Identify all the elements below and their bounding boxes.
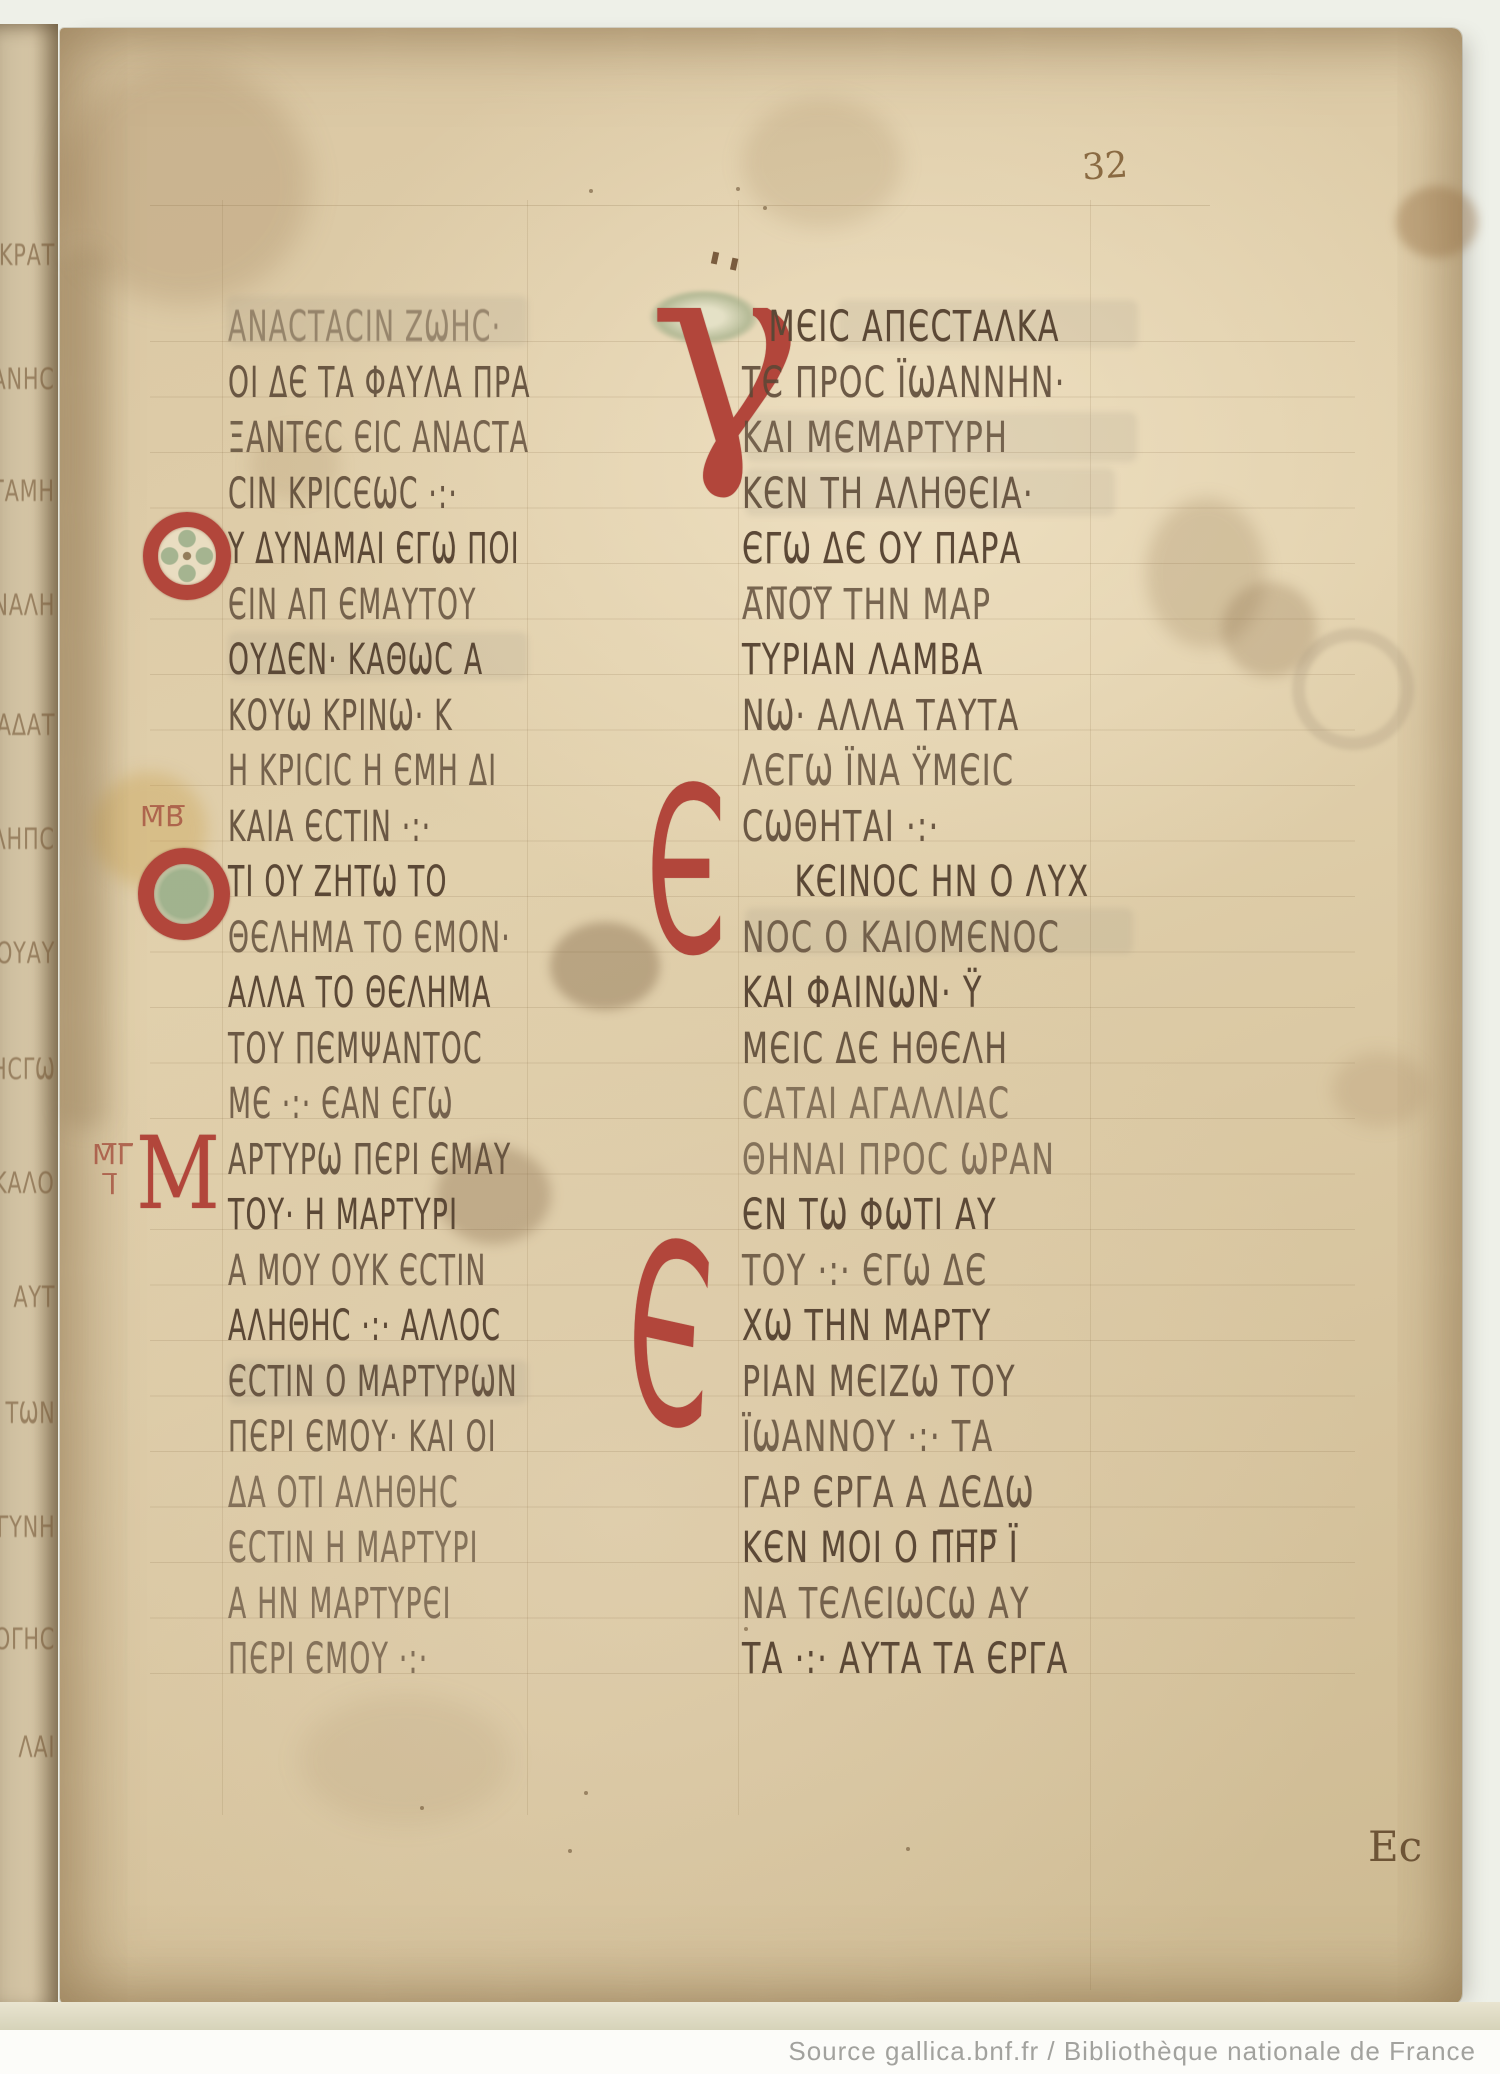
- text-line: ЄΙΝ ΑΠ ЄΜΑΥΤΟΥ: [228, 580, 417, 636]
- initial-omicron-rosette: [143, 512, 231, 600]
- text-line: ϹѠΘΗΤΑΙ ·:·: [742, 802, 1022, 858]
- text-line: ΝѠ· ΑΛΛΑ ΤΑΥΤΑ: [742, 691, 1022, 747]
- text-line: ΚЄΝ ΜΟΙ Ο Π̅Η̅Ρ̅ Ϊ: [742, 1523, 1022, 1579]
- text-line: ΝΟϹ Ο ΚΑΙΟΜЄΝΟϹ: [742, 913, 1022, 969]
- initial-epsilon: Є: [646, 759, 726, 989]
- text-line: ΤΑ ·:· ΑΥΤΑ ΤΑ ЄΡΓΑ: [742, 1634, 1022, 1690]
- gutter-text-fragment: ΚΡΑΤ: [0, 238, 55, 272]
- backing-board-strip: [0, 2002, 1500, 2030]
- gutter-text-fragment: ΝΑΛΗ: [0, 588, 55, 622]
- text-line: ΑΛΛΑ ΤΟ ΘЄΛΗΜΑ: [228, 968, 417, 1024]
- text-line: ΑΡΤΥΡѠ ΠЄΡΙ ЄΜΑΥ: [228, 1135, 417, 1191]
- text-line: ΚЄΝ ΤΗ ΑΛΗΘЄΙΑ·: [742, 469, 1022, 525]
- parchment-stain: [300, 1695, 510, 1825]
- text-line: ΞΑΝΤЄϹ ЄΙϹ ΑΝΑϹΤΑ: [228, 413, 417, 469]
- facing-page-edge: ΚΡΑΤ ΑΝΗϹ ΓΑΜΗ ΝΑΛΗ ΑΔΑΤ ΛΗΠϹ ΟΥΑΥ ΗϹΓѠ …: [0, 24, 58, 2006]
- pricking-dot: [589, 189, 593, 193]
- left-text-column: ΑΝΑϹΤΑϹΙΝ ΖѠΗϹ· ΟΙ ΔЄ ΤΑ ΦΑΥΛΑ ΠΡΑ ΞΑΝΤЄ…: [228, 302, 533, 1690]
- text-line: ΜЄΙϹ ΔЄ ΗΘЄΛΗ: [742, 1024, 1022, 1080]
- bleed-through-initial: [1292, 628, 1414, 750]
- gutter-text-fragment: ΓΥΝΗ: [0, 1510, 55, 1544]
- text-line: ΝΑ ΤЄΛЄΙѠϹѠ ΑΥ: [742, 1579, 1022, 1635]
- marginal-section-number: Μ̅Β̅: [140, 800, 185, 833]
- initial-epsilon: Є: [621, 1203, 717, 1470]
- text-line: ΑΛΗΘΗϹ ·:· ΑΛΛΟϹ: [228, 1301, 417, 1357]
- text-line: ΑΝΑϹΤΑϹΙΝ ΖѠΗϹ·: [228, 302, 417, 358]
- scanned-manuscript-view: ΚΡΑΤ ΑΝΗϹ ΓΑΜΗ ΝΑΛΗ ΑΔΑΤ ΛΗΠϹ ΟΥΑΥ ΗϹΓѠ …: [0, 0, 1500, 2074]
- text-line: ΓΑΡ ЄΡΓΑ Α ΔЄΔѠ: [742, 1468, 1022, 1524]
- gutter-text-fragment: ΤѠΝ: [5, 1396, 55, 1430]
- text-line: ΤΟΥ ·:· ЄΓѠ ΔЄ: [742, 1246, 1022, 1302]
- marginal-note-top: Μ̅Γ̅: [92, 1138, 134, 1171]
- parchment-stain: [1396, 186, 1478, 258]
- vertical-ruling: [222, 200, 223, 1815]
- text-line: ΤΙ ΟΥ ΖΗΤѠ ΤΟ: [228, 857, 417, 913]
- attribution-bar: Source gallica.bnf.fr / Bibliothèque nat…: [0, 2030, 1500, 2074]
- gutter-text-fragment: ΚΑΛΟ: [0, 1166, 55, 1200]
- text-line: ϹΙΝ ΚΡΙϹЄѠϹ ·:·: [228, 469, 417, 525]
- text-line: ΚΑΙ ΜЄΜΑΡΤΥΡΗ: [742, 413, 1022, 469]
- text-line: ΛЄΓѠ ΪΝΑ ΫΜЄΙϹ: [742, 746, 1022, 802]
- text-line: ϹΑΤΑΙ ΑΓΑΛΛΙΑϹ: [742, 1079, 1022, 1135]
- text-line: ΤЄ ΠΡΟϹ ΪѠΑΝΝΗΝ·: [742, 358, 1022, 414]
- text-line: Α̅Ν̅Ο̅Υ̅ ΤΗΝ ΜΑΡ: [742, 580, 1022, 636]
- pricking-dot: [420, 1806, 424, 1810]
- text-line: ΤΟΥ ΠЄΜΨΑΝΤΟϹ: [228, 1024, 417, 1080]
- gutter-text-fragment: ΑΝΗϹ: [0, 362, 55, 396]
- text-line: ΤΥΡΙΑΝ ΛΑΜΒΑ: [742, 635, 1022, 691]
- pricking-dot: [584, 1791, 588, 1795]
- text-line: ΚΑΙ ΦΑΙΝѠΝ· Ϋ: [742, 968, 1022, 1024]
- gutter-shadow-stain: [62, 248, 108, 1128]
- text-line: ΧѠ ΤΗΝ ΜΑΡΤΥ: [742, 1301, 1022, 1357]
- gutter-text-fragment: ΛΑΙ: [18, 1730, 55, 1764]
- text-line: ΡΙΑΝ ΜЄΙΖѠ ΤΟΥ: [742, 1357, 1022, 1413]
- text-line: ΔΑ ΟΤΙ ΑΛΗΘΗϹ: [228, 1468, 417, 1524]
- text-line: ЄϹΤΙΝ Ο ΜΑΡΤΥΡѠΝ: [228, 1357, 417, 1413]
- text-line: ΜЄΙϹ ΑΠЄϹΤΑΛΚΑ: [742, 302, 1022, 358]
- ink-blot: [550, 922, 660, 1010]
- gutter-text-fragment: ΟΥΑΥ: [0, 936, 55, 970]
- gutter-text-fragment: ΓΑΜΗ: [0, 474, 55, 508]
- text-line: ΚΟΥѠ ΚΡΙΝѠ· Κ: [228, 691, 417, 747]
- pricking-dot: [906, 1847, 910, 1851]
- text-line: ΚΑΙΑ ЄϹΤΙΝ ·:·: [228, 802, 417, 858]
- gutter-text-fragment: ΛΗΠϹ: [0, 822, 55, 856]
- text-line: ΚЄΙΝΟϹ ΗΝ Ο ΛΥΧ: [742, 857, 1022, 913]
- text-line: ΠЄΡΙ ЄΜΟΥ ·:·: [228, 1634, 417, 1690]
- pricking-dot: [568, 1849, 572, 1853]
- text-line: Η ΚΡΙϹΙϹ Η ЄΜΗ ΔΙ: [228, 746, 417, 802]
- right-text-column: ΜЄΙϹ ΑΠЄϹΤΑΛΚΑ ΤЄ ΠΡΟϹ ΪѠΑΝΝΗΝ· ΚΑΙ ΜЄΜΑ…: [742, 302, 1142, 1690]
- text-line: ЄΝ ΤѠ ΦѠΤΙ ΑΥ: [742, 1190, 1022, 1246]
- text-line: ΪѠΑΝΝΟΥ ·:· ΤΑ: [742, 1412, 1022, 1468]
- text-line: Υ ΔΥΝΑΜΑΙ ЄΓѠ ΠΟΙ: [228, 524, 417, 580]
- text-line: ΘΗΝΑΙ ΠΡΟϹ ѠΡΑΝ: [742, 1135, 1022, 1191]
- attribution-text: Source gallica.bnf.fr / Bibliothèque nat…: [0, 2030, 1500, 2072]
- parchment-stain: [1332, 1052, 1427, 1127]
- pricking-dot: [736, 187, 740, 191]
- gutter-text-fragment: ΑΥΤ: [13, 1280, 55, 1314]
- marginal-section-number: Μ̅Γ̅ Ι̅: [92, 1140, 134, 1200]
- marginal-note-bottom: Ι̅: [108, 1168, 117, 1201]
- text-line: Α ΜΟΥ ΟΥΚ ЄϹΤΙΝ: [228, 1246, 417, 1302]
- text-line: ЄΓѠ ΔЄ ΟΥ ΠΑΡΑ: [742, 524, 1022, 580]
- gutter-text-fragment: ΗϹΓѠ: [0, 1052, 55, 1086]
- gutter-text-fragment: ΑΔΑΤ: [0, 708, 55, 742]
- text-line: ΘЄΛΗΜΑ ΤΟ ЄΜΟΝ·: [228, 913, 417, 969]
- text-line: ΜЄ ·:· ЄΑΝ ЄΓѠ: [228, 1079, 417, 1135]
- text-line: Α ΗΝ ΜΑΡΤΥΡЄΙ: [228, 1579, 417, 1635]
- gutter-text-fragment: ΟΓΗϹ: [0, 1622, 55, 1656]
- text-line: ЄϹΤΙΝ Η ΜΑΡΤΥΡΙ: [228, 1523, 417, 1579]
- quire-mark: Ec: [1368, 1822, 1422, 1871]
- folio-number: 32: [1081, 144, 1130, 188]
- text-line: ΤΟΥ· Η ΜΑΡΤΥΡΙ: [228, 1190, 417, 1246]
- initial-omicron-ring: [138, 848, 230, 940]
- text-line: ΟΥΔЄΝ· ΚΑΘѠϹ Α: [228, 635, 417, 691]
- initial-mu: Μ: [136, 1124, 220, 1224]
- text-line: ΠЄΡΙ ЄΜΟΥ· ΚΑΙ ΟΙ: [228, 1412, 417, 1468]
- text-line: ΟΙ ΔЄ ΤΑ ΦΑΥΛΑ ΠΡΑ: [228, 358, 417, 414]
